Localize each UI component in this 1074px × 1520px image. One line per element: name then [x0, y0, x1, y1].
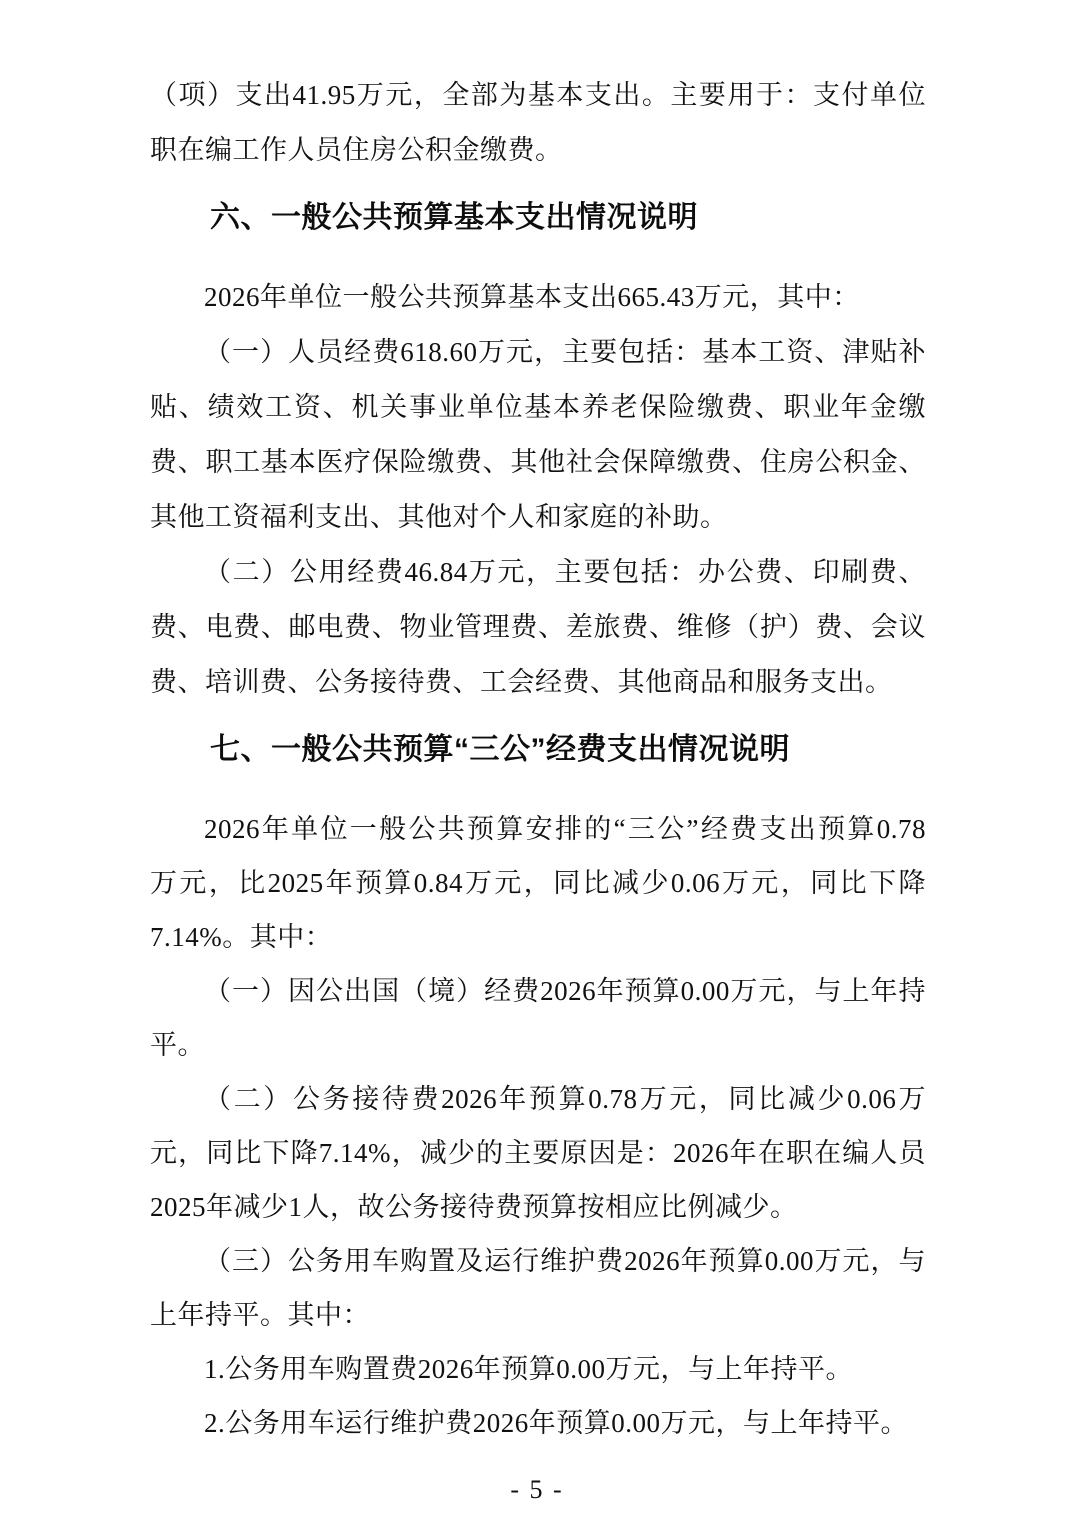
paragraph-line: 其他工资福利支出、其他对个人和家庭的补助。 [150, 490, 926, 545]
paragraph-line: （三）公务用车购置及运行维护费2026年预算0.00万元，与 [150, 1234, 926, 1288]
paragraph-line: （一）人员经费618.60万元，主要包括：基本工资、津贴补 [150, 325, 926, 380]
paragraph-line: （项）支出41.95万元，全部为基本支出。主要用于：支付单位在 [150, 68, 926, 123]
page-number: - 5 - [0, 1475, 1074, 1505]
paragraph-line: 元，同比下降7.14%，减少的主要原因是：2026年在职在编人员比 [150, 1126, 926, 1180]
document-body: （项）支出41.95万元，全部为基本支出。主要用于：支付单位在 职在编工作人员住… [150, 68, 926, 1450]
paragraph-line: 费、培训费、公务接待费、工会经费、其他商品和服务支出。 [150, 655, 926, 710]
section-7-body: 2026年单位一般公共预算安排的“三公”经费支出预算0.78 万元，比2025年… [150, 802, 926, 1450]
section-6-heading: 六、一般公共预算基本支出情况说明 [150, 196, 926, 240]
paragraph-line: 2025年减少1人，故公务接待费预算按相应比例减少。 [150, 1180, 926, 1234]
paragraph-line: 贴、绩效工资、机关事业单位基本养老保险缴费、职业年金缴 [150, 380, 926, 435]
section-6-body: 2026年单位一般公共预算基本支出665.43万元，其中： （一）人员经费618… [150, 270, 926, 710]
paragraph-line: 平。 [150, 1018, 926, 1072]
paragraph-line: 上年持平。其中： [150, 1288, 926, 1342]
paragraph-line: 万元，比2025年预算0.84万元，同比减少0.06万元，同比下降 [150, 856, 926, 910]
list-item-line: 2.公务用车运行维护费2026年预算0.00万元，与上年持平。 [150, 1396, 926, 1450]
paragraph-line: 2026年单位一般公共预算安排的“三公”经费支出预算0.78 [150, 802, 926, 856]
list-item-line: 1.公务用车购置费2026年预算0.00万元，与上年持平。 [150, 1342, 926, 1396]
paragraph-line: 费、电费、邮电费、物业管理费、差旅费、维修（护）费、会议 [150, 600, 926, 655]
paragraph-line: （一）因公出国（境）经费2026年预算0.00万元，与上年持 [150, 964, 926, 1018]
paragraph-line: 2026年单位一般公共预算基本支出665.43万元，其中： [150, 270, 926, 325]
section-7-heading: 七、一般公共预算“三公”经费支出情况说明 [150, 728, 926, 772]
paragraph-line: （二）公用经费46.84万元，主要包括：办公费、印刷费、水 [150, 545, 926, 600]
paragraph-line: 7.14%。其中： [150, 910, 926, 964]
document-page: （项）支出41.95万元，全部为基本支出。主要用于：支付单位在 职在编工作人员住… [0, 0, 1074, 1520]
paragraph-line: 职在编工作人员住房公积金缴费。 [150, 123, 926, 178]
previous-section-tail: （项）支出41.95万元，全部为基本支出。主要用于：支付单位在 职在编工作人员住… [150, 68, 926, 178]
paragraph-line: （二）公务接待费2026年预算0.78万元，同比减少0.06万 [150, 1072, 926, 1126]
paragraph-line: 费、职工基本医疗保险缴费、其他社会保障缴费、住房公积金、 [150, 435, 926, 490]
